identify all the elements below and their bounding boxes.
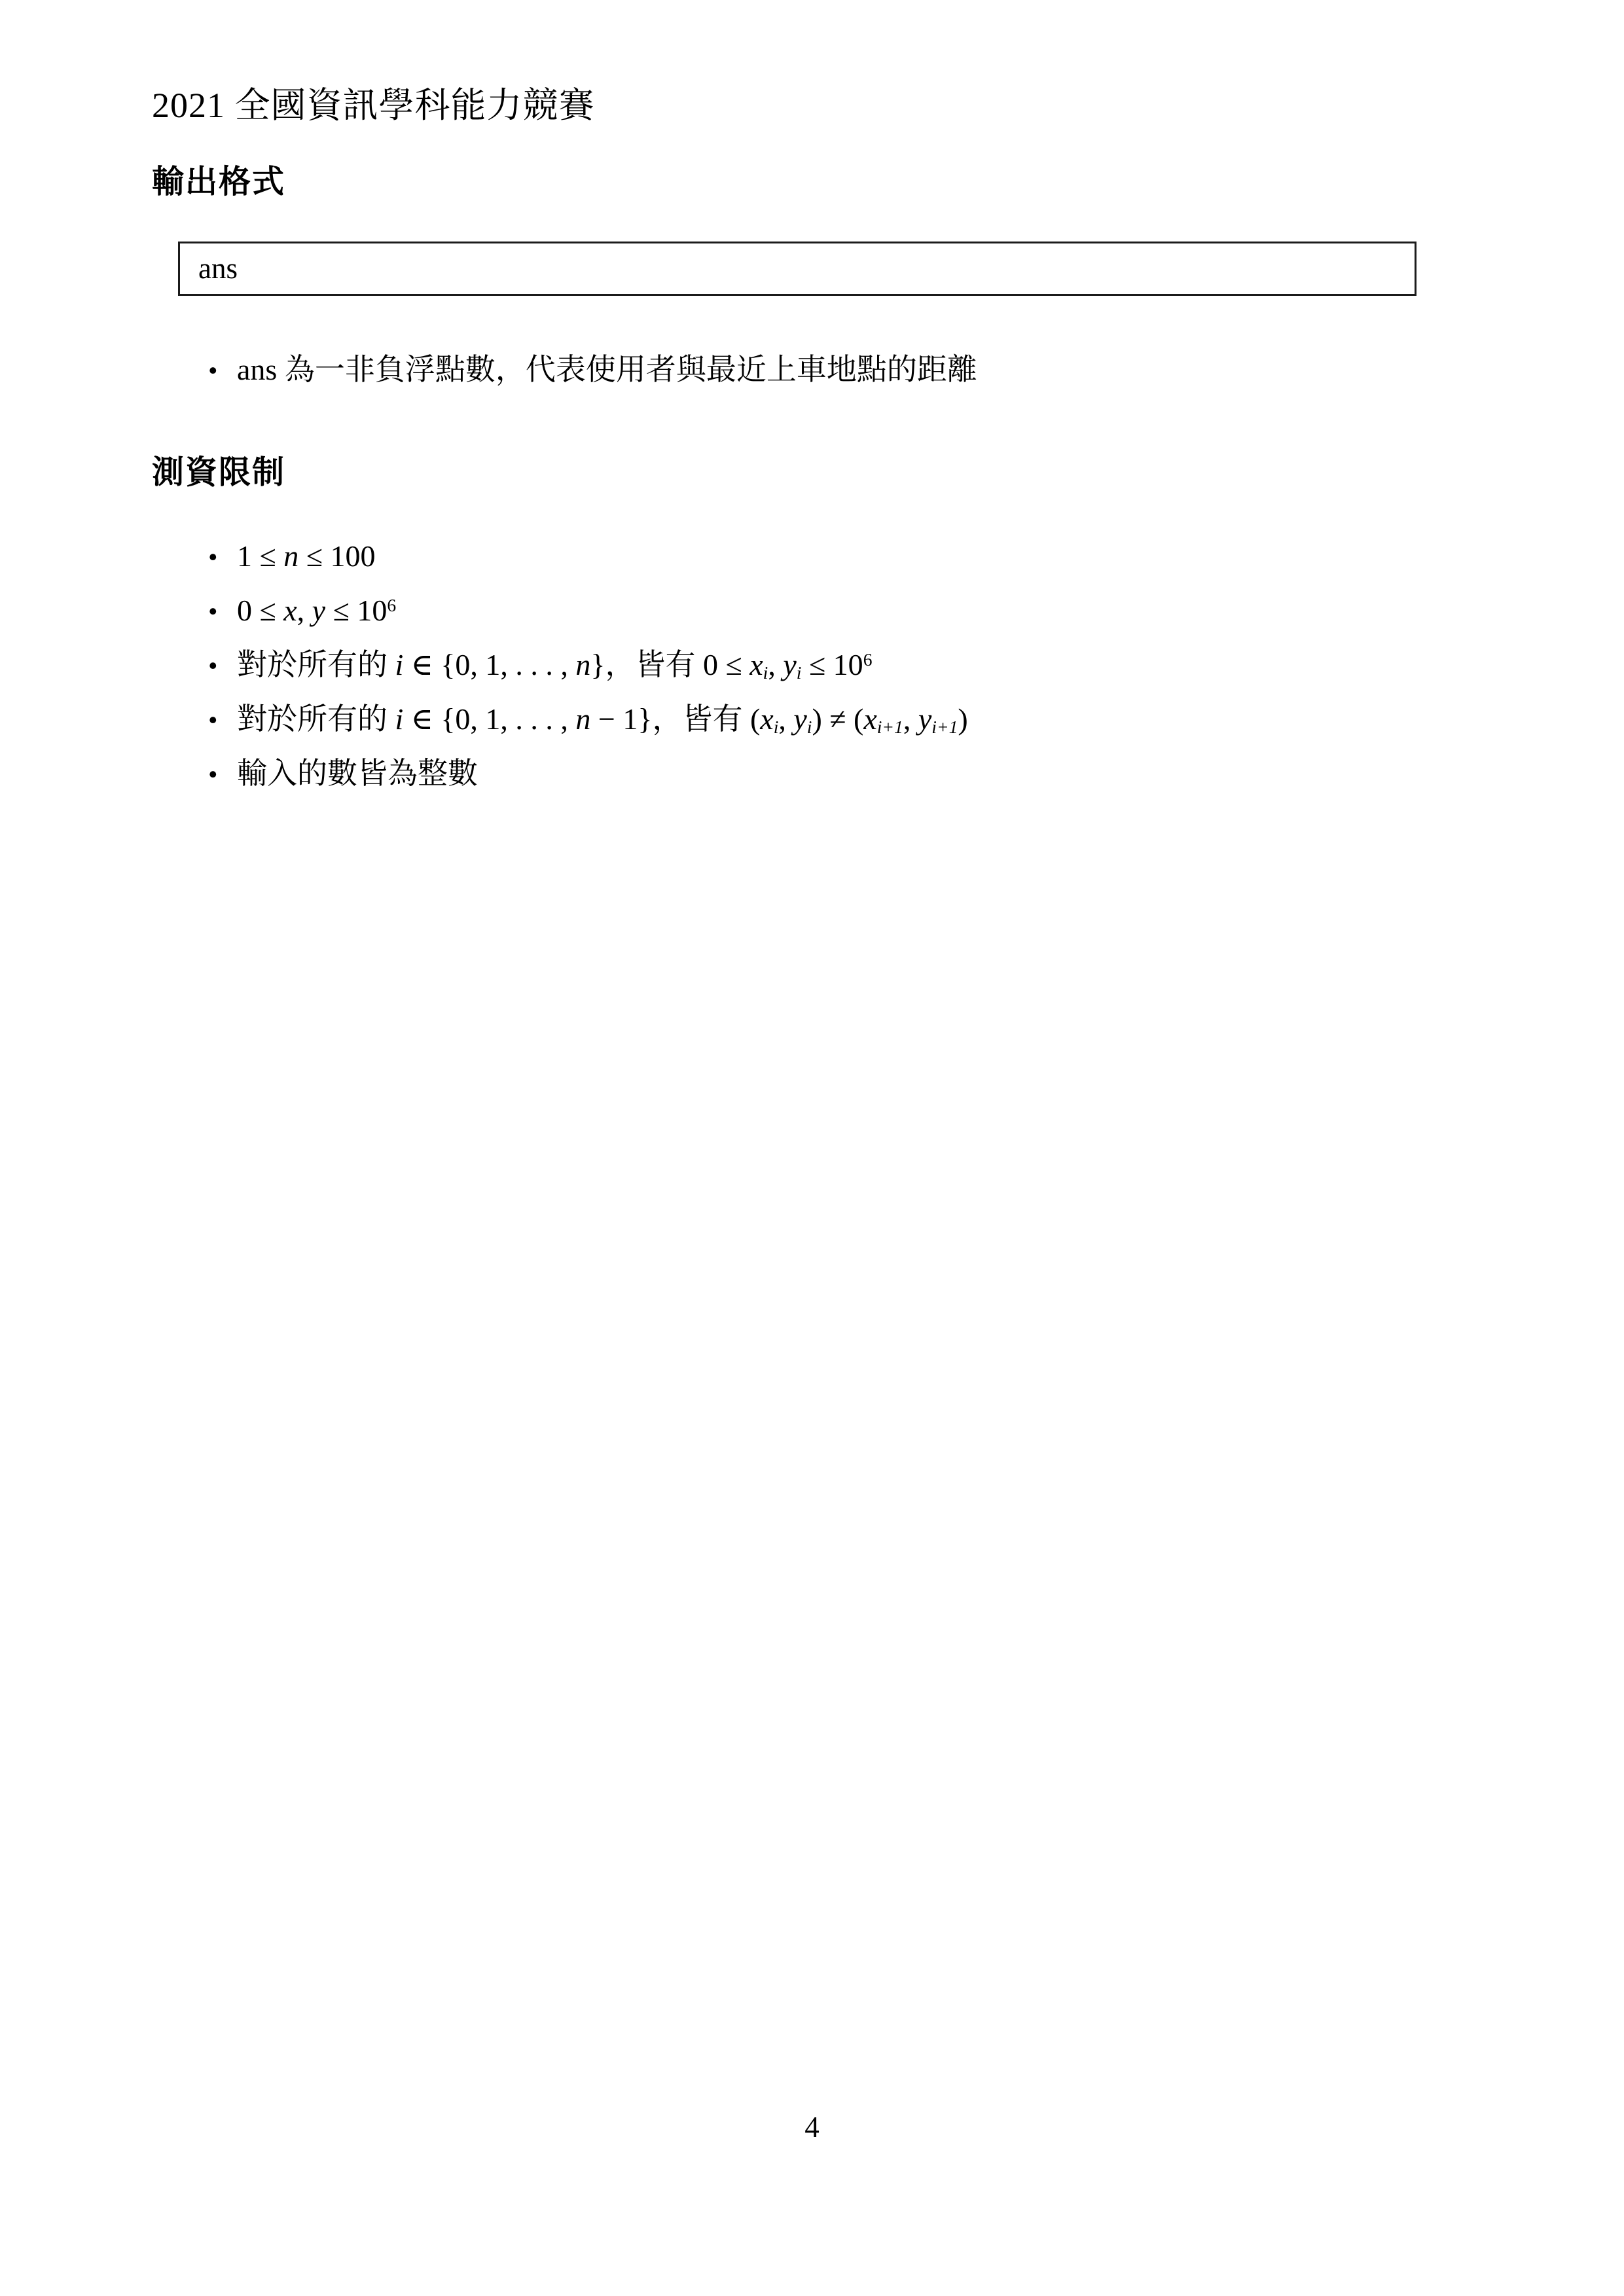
bullet-icon: • (208, 756, 223, 793)
output-format-heading: 輸出格式 (152, 165, 285, 200)
list-item-text: 對於所有的 i ∈ {0, 1, . . . , n}，皆有 0 ≤ xi, y… (237, 648, 872, 681)
list-item: •1 ≤ n ≤ 100 (208, 538, 968, 575)
document-header: 2021 全國資訊學科能力競賽 (152, 86, 595, 125)
bullet-icon: • (208, 702, 223, 738)
list-item: •對於所有的 i ∈ {0, 1, . . . , n − 1}，皆有 (xi,… (208, 701, 968, 738)
list-item-text: 1 ≤ n ≤ 100 (237, 539, 376, 573)
document-page: 2021 全國資訊學科能力競賽 輸出格式 ans •ans 為一非負浮點數，代表… (0, 0, 1624, 2296)
list-item: •ans 為一非負浮點數，代表使用者與最近上車地點的距離 (208, 351, 977, 388)
output-bullet-list: •ans 為一非負浮點數，代表使用者與最近上車地點的距離 (208, 351, 977, 406)
bullet-icon: • (208, 539, 223, 575)
list-item: •0 ≤ x, y ≤ 106 (208, 592, 968, 629)
constraints-bullet-list: •1 ≤ n ≤ 100 •0 ≤ x, y ≤ 106 •對於所有的 i ∈ … (208, 538, 968, 810)
constraints-heading: 測資限制 (152, 456, 285, 490)
list-item: •對於所有的 i ∈ {0, 1, . . . , n}，皆有 0 ≤ xi, … (208, 647, 968, 683)
list-item-text: 0 ≤ x, y ≤ 106 (237, 594, 396, 627)
page-number: 4 (0, 2113, 1624, 2142)
list-item-text: 對於所有的 i ∈ {0, 1, . . . , n − 1}，皆有 (xi, … (237, 702, 968, 736)
bullet-icon: • (208, 647, 223, 684)
list-item-text: 輸入的數皆為整數 (237, 757, 478, 790)
list-item-text: ans 為一非負浮點數，代表使用者與最近上車地點的距離 (237, 353, 977, 386)
list-item: •輸入的數皆為整數 (208, 755, 968, 792)
bullet-icon: • (208, 593, 223, 630)
bullet-icon: • (208, 352, 223, 389)
output-code-box: ans (178, 242, 1416, 296)
code-box-text: ans (180, 254, 238, 283)
